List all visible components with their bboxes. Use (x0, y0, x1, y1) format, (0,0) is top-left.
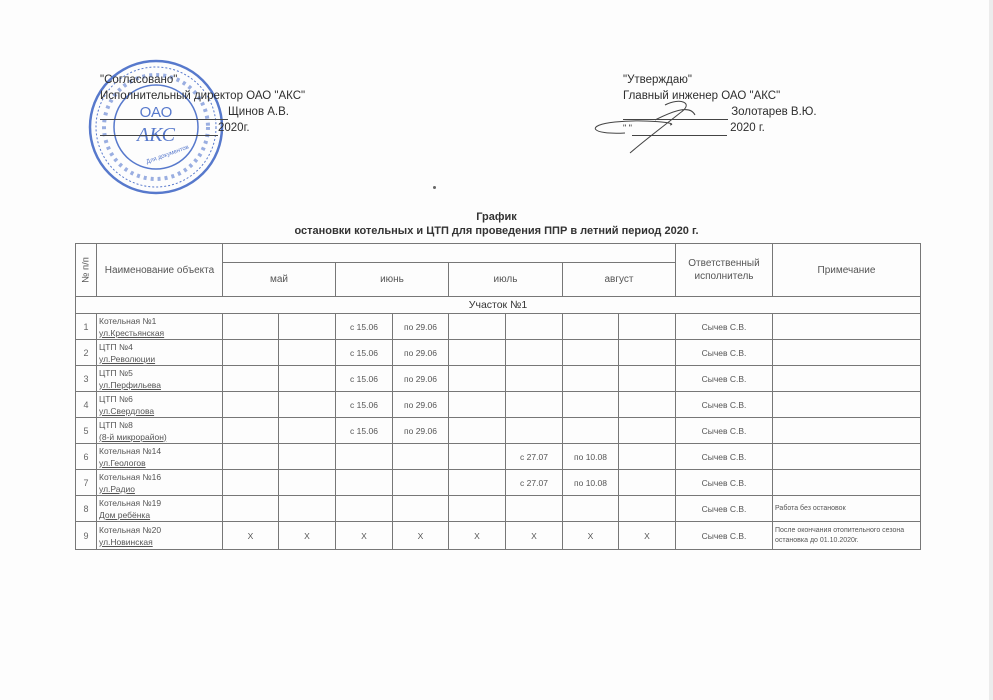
schedule-cell (619, 392, 676, 418)
schedule-cell (506, 340, 563, 366)
schedule-cell (279, 496, 336, 522)
schedule-cell (506, 496, 563, 522)
schedule-cell (563, 366, 619, 392)
row-note (773, 314, 921, 340)
schedule-cell: X (279, 522, 336, 550)
schedule-cell (279, 314, 336, 340)
scan-speck (433, 186, 436, 189)
schedule-cell (619, 470, 676, 496)
schedule-cell: по 10.08 (563, 470, 619, 496)
table-row: 2ЦТП №4ул.Революциис 15.06по 29.06Сычев … (76, 340, 921, 366)
schedule-cell: по 29.06 (393, 418, 449, 444)
approval-date: 2020 г. (730, 122, 765, 134)
object-name: Котельная №19Дом ребёнка (97, 496, 223, 522)
schedule-cell: с 15.06 (336, 340, 393, 366)
schedule-cell: X (336, 522, 393, 550)
approval-block-agreed: "Согласовано" Исполнительный директор ОА… (100, 72, 305, 136)
document-title: График (0, 211, 993, 223)
schedule-cell (449, 496, 506, 522)
row-note (773, 418, 921, 444)
schedule-cell (619, 366, 676, 392)
row-note: Работа без остановок (773, 496, 921, 522)
row-note (773, 340, 921, 366)
schedule-cell (223, 392, 279, 418)
schedule-cell (619, 340, 676, 366)
schedule-cell (223, 340, 279, 366)
schedule-cell (619, 418, 676, 444)
table-row: 9Котельная №20ул.НовинскаяXXXXXXXXСычев … (76, 522, 921, 550)
schedule-cell (506, 366, 563, 392)
schedule-cell (449, 444, 506, 470)
schedule-cell (279, 366, 336, 392)
schedule-cell (223, 366, 279, 392)
schedule-cell: по 10.08 (563, 444, 619, 470)
object-name: Котельная №20ул.Новинская (97, 522, 223, 550)
schedule-cell (393, 470, 449, 496)
row-note (773, 392, 921, 418)
object-name: ЦТП №6ул.Свердлова (97, 392, 223, 418)
responsible-person: Сычев С.В. (676, 392, 773, 418)
schedule-cell: X (393, 522, 449, 550)
table-row: 5ЦТП №8(8-й микрорайон)с 15.06по 29.06Сы… (76, 418, 921, 444)
schedule-cell: с 27.07 (506, 444, 563, 470)
schedule-cell (223, 496, 279, 522)
schedule-cell (336, 470, 393, 496)
header-month-july: июль (449, 263, 563, 297)
schedule-table: № п/п Наименование объекта Ответственный… (75, 243, 921, 550)
table-row: 7Котельная №16ул.Радиос 27.07по 10.08Сыч… (76, 470, 921, 496)
schedule-cell: по 29.06 (393, 314, 449, 340)
schedule-cell: X (506, 522, 563, 550)
object-name: ЦТП №4ул.Революции (97, 340, 223, 366)
schedule-cell: по 29.06 (393, 392, 449, 418)
schedule-cell (449, 366, 506, 392)
row-number: 4 (76, 392, 97, 418)
schedule-cell: X (619, 522, 676, 550)
table-row: 3ЦТП №5ул.Перфильевас 15.06по 29.06Сычев… (76, 366, 921, 392)
object-name: ЦТП №8(8-й микрорайон) (97, 418, 223, 444)
schedule-cell (223, 444, 279, 470)
schedule-cell (223, 470, 279, 496)
schedule-cell (393, 496, 449, 522)
row-number: 8 (76, 496, 97, 522)
schedule-cell (619, 496, 676, 522)
schedule-cell (279, 340, 336, 366)
schedule-cell (449, 418, 506, 444)
header-number: № п/п (76, 244, 97, 297)
header-responsible: Ответственный исполнитель (676, 244, 773, 297)
table-row: 1Котельная №1ул.Крестьянскаяс 15.06по 29… (76, 314, 921, 340)
header-month-august: август (563, 263, 676, 297)
schedule-cell: с 15.06 (336, 366, 393, 392)
responsible-person: Сычев С.В. (676, 444, 773, 470)
responsible-person: Сычев С.В. (676, 496, 773, 522)
row-number: 9 (76, 522, 97, 550)
schedule-cell (506, 314, 563, 340)
header-months-group (223, 244, 676, 263)
schedule-cell (223, 314, 279, 340)
approval-position: Исполнительный директор ОАО "АКС" (100, 88, 305, 104)
schedule-cell (336, 496, 393, 522)
table-row: 4ЦТП №6ул.Свердловас 15.06по 29.06Сычев … (76, 392, 921, 418)
row-note (773, 444, 921, 470)
responsible-person: Сычев С.В. (676, 340, 773, 366)
schedule-cell (506, 418, 563, 444)
schedule-cell (279, 418, 336, 444)
schedule-cell: по 29.06 (393, 340, 449, 366)
responsible-person: Сычев С.В. (676, 366, 773, 392)
schedule-cell: X (563, 522, 619, 550)
row-number: 5 (76, 418, 97, 444)
approval-name: Золотарев В.Ю. (731, 106, 816, 118)
signature (585, 95, 725, 155)
schedule-cell: с 27.07 (506, 470, 563, 496)
approval-heading: "Согласовано" (100, 72, 305, 88)
header-month-may: май (223, 263, 336, 297)
schedule-cell (619, 444, 676, 470)
schedule-cell (279, 392, 336, 418)
document-subtitle: остановки котельных и ЦТП для проведения… (0, 225, 993, 237)
schedule-cell (449, 470, 506, 496)
approval-heading: "Утверждаю" (623, 72, 817, 88)
section-title: Участок №1 (76, 297, 921, 314)
row-number: 7 (76, 470, 97, 496)
responsible-person: Сычев С.В. (676, 418, 773, 444)
schedule-cell: по 29.06 (393, 366, 449, 392)
page-edge (989, 0, 993, 700)
object-name: Котельная №1ул.Крестьянская (97, 314, 223, 340)
schedule-cell (506, 392, 563, 418)
schedule-cell: с 15.06 (336, 392, 393, 418)
header-month-june: июнь (336, 263, 449, 297)
schedule-cell (563, 340, 619, 366)
row-number: 2 (76, 340, 97, 366)
schedule-cell (393, 444, 449, 470)
schedule-cell (563, 496, 619, 522)
header-object-name: Наименование объекта (97, 244, 223, 297)
schedule-cell (336, 444, 393, 470)
schedule-cell: с 15.06 (336, 418, 393, 444)
responsible-person: Сычев С.В. (676, 470, 773, 496)
schedule-cell (563, 418, 619, 444)
schedule-cell (449, 392, 506, 418)
schedule-cell: с 15.06 (336, 314, 393, 340)
responsible-person: Сычев С.В. (676, 314, 773, 340)
schedule-cell (279, 444, 336, 470)
schedule-cell (449, 340, 506, 366)
schedule-cell (619, 314, 676, 340)
row-note (773, 470, 921, 496)
header-note: Примечание (773, 244, 921, 297)
schedule-cell: X (449, 522, 506, 550)
schedule-cell (279, 470, 336, 496)
row-note (773, 366, 921, 392)
approval-name: Щинов А.В. (228, 106, 289, 118)
table-row: 8Котельная №19Дом ребёнкаСычев С.В.Работ… (76, 496, 921, 522)
approval-date: 2020г. (218, 122, 250, 134)
schedule-cell: X (223, 522, 279, 550)
object-name: Котельная №16ул.Радио (97, 470, 223, 496)
schedule-cell (563, 392, 619, 418)
schedule-cell (449, 314, 506, 340)
schedule-cell (223, 418, 279, 444)
svg-text:Для документов: Для документов (146, 145, 190, 166)
schedule-cell (563, 314, 619, 340)
object-name: ЦТП №5ул.Перфильева (97, 366, 223, 392)
row-number: 6 (76, 444, 97, 470)
responsible-person: Сычев С.В. (676, 522, 773, 550)
row-note: После окончания отопительного сезона ост… (773, 522, 921, 550)
row-number: 3 (76, 366, 97, 392)
table-row: 6Котельная №14ул.Геологовс 27.07по 10.08… (76, 444, 921, 470)
row-number: 1 (76, 314, 97, 340)
object-name: Котельная №14ул.Геологов (97, 444, 223, 470)
